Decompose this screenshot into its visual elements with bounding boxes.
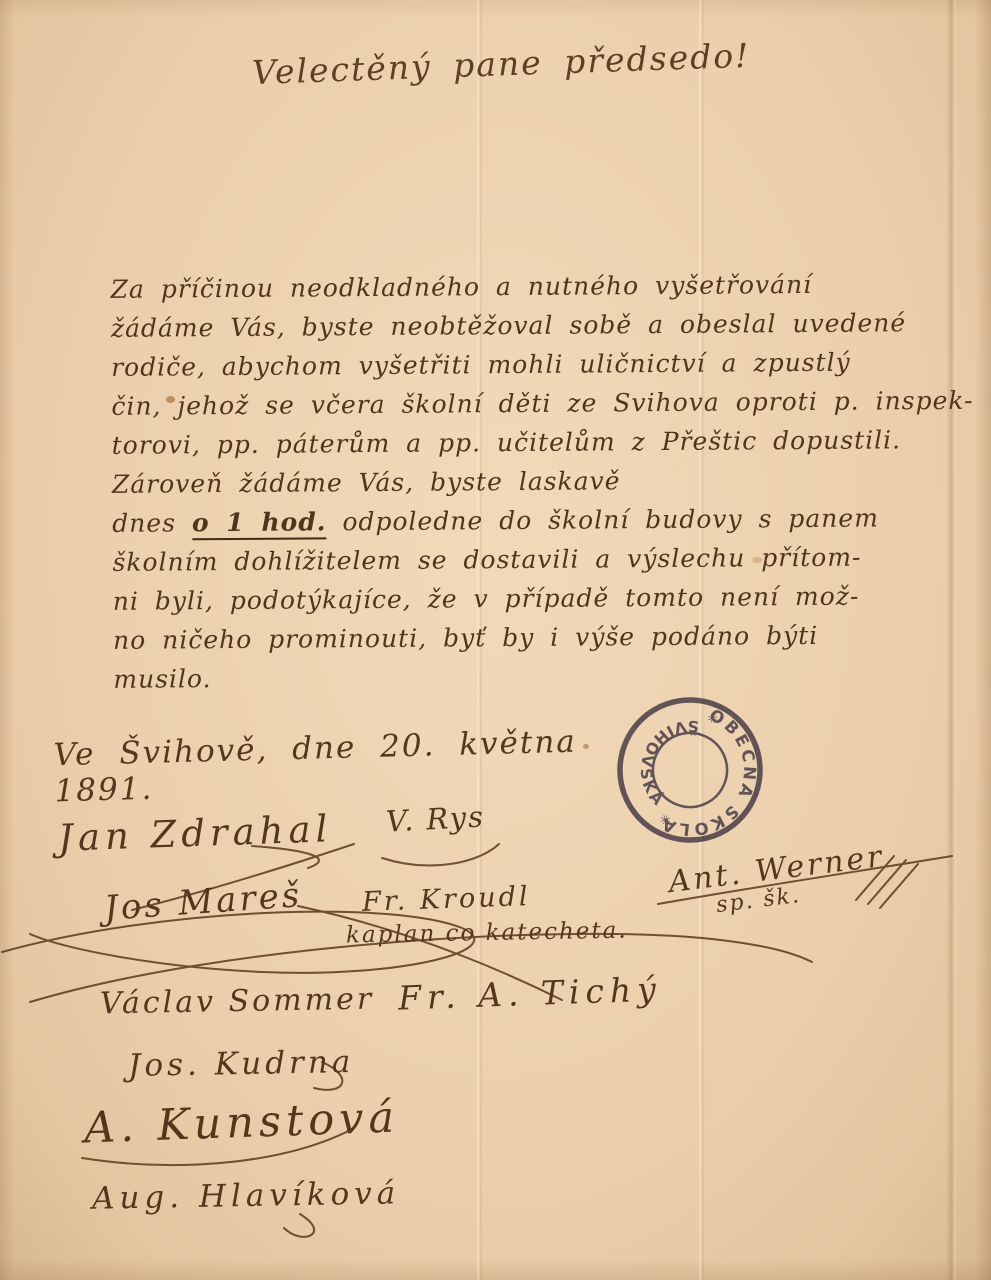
body-line: torovi, pp. páterům a pp. učitelům z Pře… (112, 425, 922, 470)
body-line-segment: dnes (112, 508, 192, 538)
body-line-segment: odpoledne do školní budovy s panem (326, 503, 879, 536)
stamp-bottom-text: ŠVIHOVSKÁ (620, 701, 706, 814)
signature-v-rys: V. Rys (385, 799, 486, 838)
underlined-time-phrase: o 1 hod. (192, 507, 327, 540)
body-line: musilo. (113, 659, 923, 704)
signature-vaclav-sommer: Václav Sommer (100, 982, 375, 1022)
signature-fr-kroudl-role: kaplan co katecheta. (346, 918, 628, 949)
signature-aug-hlavikova: Aug. Hlavíková (92, 1175, 401, 1216)
body-line: Za příčinou neodkladného a nutného vyšet… (111, 269, 921, 314)
body-line: ni byli, podotýkajíce, že v případě tomt… (113, 581, 923, 626)
signature-jos-kudrna: Jos. Kudrna (128, 1044, 355, 1084)
scanned-letter-page: { "document": { "type": "handwritten let… (0, 0, 991, 1280)
body-line: žádáme Vás, byste neobtěžoval sobě a obe… (111, 308, 921, 353)
stamp-separator-star-icon: ✳ (655, 811, 673, 827)
body-line-with-underline: dnes o 1 hod. odpoledne do školní budovy… (112, 503, 922, 548)
place-and-date-line: Ve Švihově, dne 20. května 1891. (53, 723, 615, 810)
letter-body: Za příčinou neodkladného a nutného vyšet… (111, 269, 924, 704)
body-line: čin, jehož se včera školní děti ze Sviho… (111, 386, 921, 431)
body-line: rodiče, abychom vyšetřiti mohli uličnict… (111, 347, 921, 392)
svg-text:ŠVIHOVSKÁ: ŠVIHOVSKÁ (620, 701, 706, 814)
body-line: no ničeho prominouti, byť by i výše podá… (113, 620, 923, 665)
school-round-stamp: OBECNÁ ŠKOLA ŠVIHOVSKÁ ✳ ✳ (606, 686, 774, 854)
body-line: školním dohlížitelem se dostavili a výsl… (112, 542, 922, 587)
body-line: Zároveň žádáme Vás, byste laskavě (112, 464, 922, 509)
signature-fr-kroudl: Fr. Kroudl (362, 881, 531, 918)
